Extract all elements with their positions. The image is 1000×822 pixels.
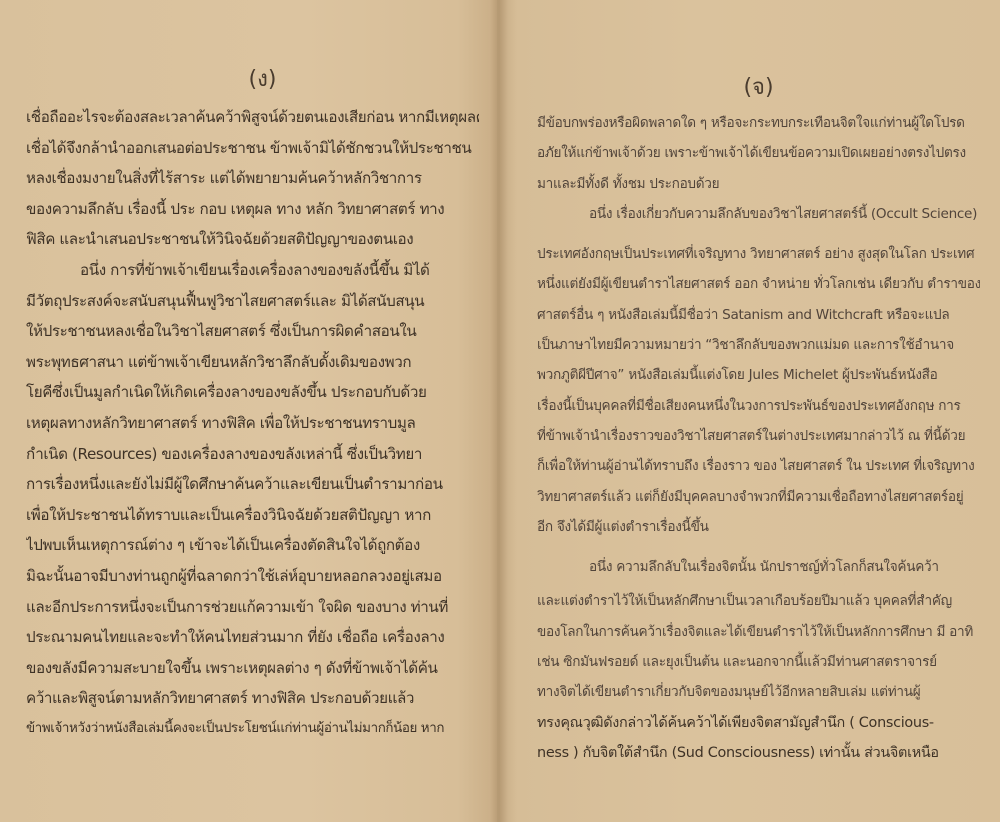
- book-spread: (ง) เชื่อถืออะไรจะต้องสละเวลาค้นคว้าพิสู…: [0, 0, 1000, 822]
- paragraph-gap: [537, 542, 980, 552]
- text-line: เชื่อถืออะไรจะต้องสละเวลาค้นคว้าพิสูจน์ด…: [26, 102, 479, 133]
- text-line: ทางจิตได้เขียนตำราเกี่ยวกับจิตของมนุษย์ไ…: [537, 677, 980, 707]
- text-line: ประเทศอังกฤษเป็นประเทศที่เจริญทาง วิทยาศ…: [537, 239, 980, 269]
- page-number-left: (ง): [26, 60, 479, 100]
- text-line: ไปพบเห็นเหตุการณ์ต่าง ๆ เข้าจะได้เป็นเคร…: [26, 530, 479, 561]
- text-line: วิทยาศาสตร์แล้ว แต่ก็ยังมีบุคคลบางจำพวกท…: [537, 482, 980, 512]
- text-line: ทรงคุณวุฒิดังกล่าวได้ค้นคว้าได้เพียงจิตส…: [537, 708, 980, 738]
- text-line: เรื่องนี้เป็นบุคคลที่มีชื่อเสียงคนหนึ่งใ…: [537, 391, 980, 421]
- text-line: เชื่อได้จึงกล้านำออกเสนอต่อประชาชน ข้าพเ…: [26, 133, 479, 164]
- paragraph-start-line: อนึ่ง ความลึกลับในเรื่องจิตนั้น นักปราชญ…: [537, 552, 980, 582]
- text-line: และแต่งตำราไว้ให้เป็นหลักศึกษาเป็นเวลาเก…: [537, 586, 980, 616]
- paragraph-start-line: อนึ่ง เรื่องเกี่ยวกับความลึกลับของวิชาไส…: [537, 199, 980, 229]
- text-line: ของความลึกลับ เรื่องนี้ ประ กอบ เหตุผล ท…: [26, 194, 479, 225]
- text-line: หลงเชื่องมงายในสิ่งที่ไร้สาระ แต่ได้พยาย…: [26, 163, 479, 194]
- text-line: มีข้อบกพร่องหรือผิดพลาดใด ๆ หรือจะกระทบก…: [537, 108, 980, 138]
- page-number-right: (จ): [537, 68, 980, 108]
- text-line: เพื่อให้ประชาชนได้ทราบและเป็นเครื่องวินิ…: [26, 500, 479, 531]
- text-line: ก็เพื่อให้ท่านผู้อ่านได้ทราบถึง เรื่องรา…: [537, 451, 980, 481]
- text-line: เช่น ซิกมันฟรอยด์ และยุงเป็นต้น และนอกจา…: [537, 647, 980, 677]
- text-line: และอีกประการหนึ่งจะเป็นการช่วยแก้ความเข้…: [26, 592, 479, 623]
- text-line: การเรื่องหนึ่งและยังไม่มีผู้ใดศึกษาค้นคว…: [26, 469, 479, 500]
- text-line: กำเนิด (Resources) ของเครื่องลางของขลังเ…: [26, 439, 479, 470]
- text-line: เหตุผลทางหลักวิทยาศาสตร์ ทางฟิสิค เพื่อใ…: [26, 408, 479, 439]
- text-line: ประณามคนไทยและจะทำให้คนไทยส่วนมาก ที่ยัง…: [26, 622, 479, 653]
- text-line: ที่ข้าพเจ้านำเรื่องราวของวิชาไสยศาสตร์ใน…: [537, 421, 980, 451]
- text-line: มาและมีทั้งดี ทั้งชม ประกอบด้วย: [537, 169, 980, 199]
- text-line: โยคีซึ่งเป็นมูลกำเนิดให้เกิดเครื่องลางขอ…: [26, 377, 479, 408]
- text-line: ข้าพเจ้าหวังว่าหนังสือเล่มนี้คงจะเป็นประ…: [26, 714, 479, 745]
- text-line: ของขลังมีความสะบายใจขึ้น เพราะเหตุผลต่าง…: [26, 653, 479, 684]
- text-line: มีวัตถุประสงค์จะสนับสนุนฟื้นฟูวิชาไสยศาส…: [26, 286, 479, 317]
- text-line: ness ) กับจิตใต้สำนึก (Sud Consciousness…: [537, 738, 980, 768]
- paragraph-gap: [537, 229, 980, 239]
- paragraph-start-line: อนึ่ง การที่ข้าพเจ้าเขียนเรื่องเครื่องลา…: [26, 255, 479, 286]
- text-line: อภัยให้แก่ข้าพเจ้าด้วย เพราะข้าพเจ้าได้เ…: [537, 138, 980, 168]
- text-line: ให้ประชาชนหลงเชื่อในวิชาไสยศาสตร์ ซึ่งเป…: [26, 316, 479, 347]
- text-line: ศาสตร์อื่น ๆ หนังสือเล่มนี้มีชื่อว่า Sat…: [537, 300, 980, 330]
- text-line: หนึ่งแต่ยังมีผู้เขียนตำราไสยศาสตร์ ออก จ…: [537, 269, 980, 299]
- text-line: อีก จึงได้มีผู้แต่งตำราเรื่องนี้ขึ้น: [537, 512, 980, 542]
- right-page: (จ) มีข้อบกพร่องหรือผิดพลาดใด ๆ หรือจะกร…: [497, 0, 1000, 822]
- text-line: เป็นภาษาไทยมีความหมายว่า “วิชาลึกลับของพ…: [537, 330, 980, 360]
- text-line: ฟิสิค และนำเสนอประชาชนให้วินิจฉัยด้วยสติ…: [26, 224, 479, 255]
- text-line: พวกภูติผีปีศาจ” หนังสือเล่มนี้แต่งโดย Ju…: [537, 360, 980, 390]
- text-line: พระพุทธศาสนา แต่ข้าพเจ้าเขียนหลักวิชาลึก…: [26, 347, 479, 378]
- text-line: มิฉะนั้นอาจมีบางท่านถูกผู้ที่ฉลาดกว่าใช้…: [26, 561, 479, 592]
- text-line: คว้าและพิสูจน์ตามหลักวิทยาศาสตร์ ทางฟิสิ…: [26, 683, 479, 714]
- text-line: ของโลกในการค้นคว้าเรื่องจิตและได้เขียนตำ…: [537, 617, 980, 647]
- left-page: (ง) เชื่อถืออะไรจะต้องสละเวลาค้นคว้าพิสู…: [0, 0, 497, 822]
